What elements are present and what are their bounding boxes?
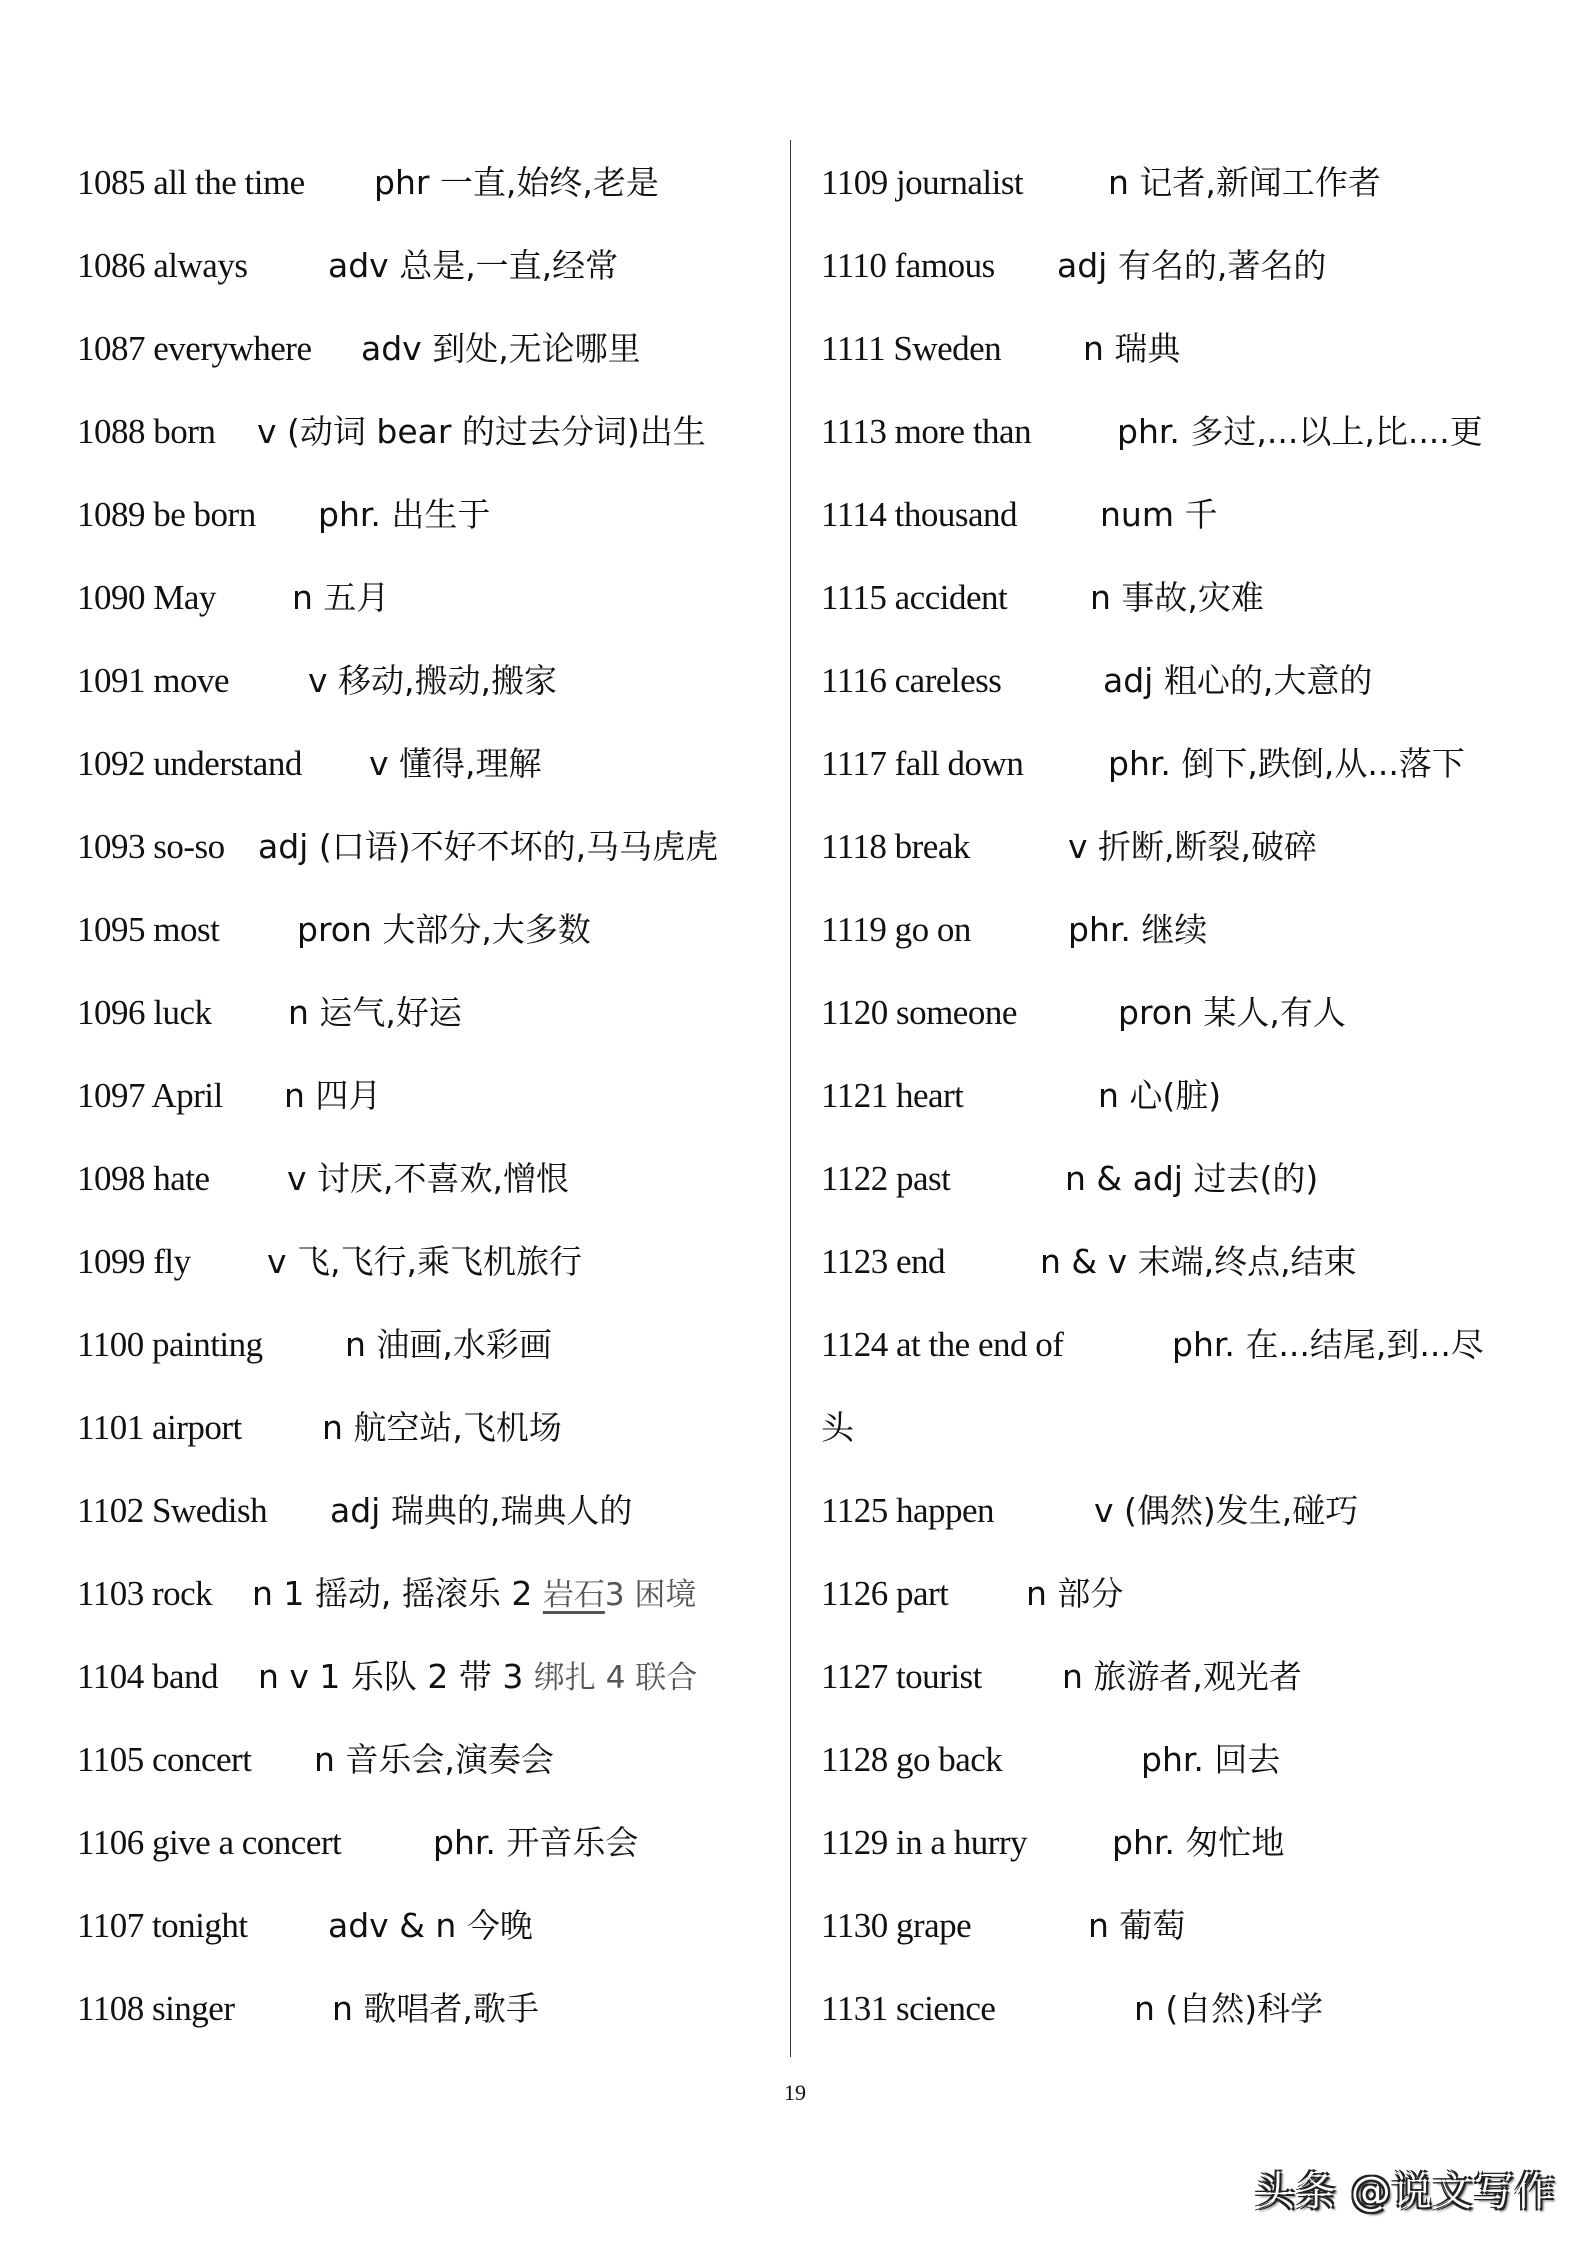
entry-word: 1108 singer <box>77 1985 235 2033</box>
entry-word: 1104 band <box>77 1653 218 1701</box>
entry-meaning: phr. 多过,...以上,比....更 <box>1117 408 1483 456</box>
entry-word: 1130 grape <box>821 1902 971 1950</box>
entry-meaning: phr. 在...结尾,到...尽 <box>1172 1321 1484 1369</box>
column-divider <box>790 140 791 2057</box>
entry-meaning: num 千 <box>1100 491 1217 539</box>
watermark: 头条 @说文写作 <box>1255 2160 1556 2217</box>
entry-word: 1099 fly <box>77 1238 191 1286</box>
entry-word: 1103 rock <box>77 1570 212 1618</box>
entry-meaning: n 心(脏) <box>1098 1072 1221 1120</box>
entry-meaning: v 折断,断裂,破碎 <box>1068 823 1317 871</box>
entry-word: 1098 hate <box>77 1155 210 1203</box>
entry-meaning: adv & n 今晚 <box>328 1902 533 1950</box>
entry-meaning: n 瑞典 <box>1083 325 1180 373</box>
entry-meaning: phr. 继续 <box>1068 906 1207 954</box>
entry-meaning: n 四月 <box>284 1072 381 1120</box>
meaning-main: n 1 摇动, 摇滚乐 2 <box>252 1574 532 1613</box>
vocabulary-page: 1085 all the time phr 一直,始终,老是 1086 alwa… <box>0 0 1587 2245</box>
entry-word: 1118 break <box>821 823 970 871</box>
entry-meaning: adj 瑞典的,瑞典人的 <box>330 1487 632 1535</box>
entry-word: 1106 give a concert <box>77 1819 341 1867</box>
entry-word: 1119 go on <box>821 906 971 954</box>
entry-word: 1100 painting <box>77 1321 263 1369</box>
entry-meaning: n v 1 乐队 2 带 3 绑扎 4 联合 <box>258 1653 697 1702</box>
meaning-main: n v 1 乐队 2 带 3 <box>258 1657 523 1696</box>
entry-word: 1115 accident <box>821 574 1007 622</box>
entry-meaning: pron 某人,有人 <box>1118 989 1346 1037</box>
entry-word: 1124 at the end of <box>821 1321 1063 1369</box>
entry-meaning: adj (口语)不好不坏的,马马虎虎 <box>258 823 718 871</box>
meaning-secondary: 3 困境 <box>605 1577 697 1613</box>
meaning-underlined: 岩石 <box>543 1577 605 1613</box>
entry-meaning: adj 有名的,著名的 <box>1057 242 1326 290</box>
entry-word: 1129 in a hurry <box>821 1819 1027 1867</box>
entry-word: 1122 past <box>821 1155 950 1203</box>
entry-word: 1110 famous <box>821 242 995 290</box>
entry-meaning: phr. 开音乐会 <box>433 1819 638 1867</box>
entry-word: 1102 Swedish <box>77 1487 267 1535</box>
entry-meaning: n & adj 过去(的) <box>1065 1155 1318 1203</box>
entry-meaning: n 航空站,飞机场 <box>322 1404 562 1452</box>
entry-meaning: v (偶然)发生,碰巧 <box>1094 1487 1358 1535</box>
entry-word: 1127 tourist <box>821 1653 982 1701</box>
entry-meaning: v 移动,搬动,搬家 <box>308 657 557 705</box>
entry-word: 1125 happen <box>821 1487 994 1535</box>
entry-word: 1123 end <box>821 1238 945 1286</box>
entry-meaning: 头 <box>821 1404 854 1452</box>
entry-word: 1116 careless <box>821 657 1001 705</box>
entry-meaning: n 五月 <box>292 574 389 622</box>
entry-word: 1128 go back <box>821 1736 1002 1784</box>
entry-word: 1120 someone <box>821 989 1017 1037</box>
entry-word: 1095 most <box>77 906 219 954</box>
entry-word: 1126 part <box>821 1570 948 1618</box>
entry-word: 1093 so-so <box>77 823 225 871</box>
page-number: 19 <box>780 2080 810 2106</box>
meaning-secondary: 绑扎 4 联合 <box>534 1660 697 1696</box>
entry-meaning: phr 一直,始终,老是 <box>374 159 659 207</box>
entry-meaning: phr. 匆忙地 <box>1112 1819 1284 1867</box>
entry-word: 1085 all the time <box>77 159 305 207</box>
entry-word: 1091 move <box>77 657 229 705</box>
entry-meaning: n 音乐会,演奏会 <box>314 1736 554 1784</box>
entry-meaning: n 部分 <box>1026 1570 1123 1618</box>
entry-meaning: v 懂得,理解 <box>369 740 542 788</box>
entry-word: 1121 heart <box>821 1072 963 1120</box>
entry-word: 1109 journalist <box>821 159 1023 207</box>
entry-meaning: n 事故,灾难 <box>1090 574 1264 622</box>
entry-meaning: v (动词 bear 的过去分词)出生 <box>257 408 706 456</box>
entry-word: 1088 born <box>77 408 215 456</box>
entry-word: 1111 Sweden <box>821 325 1001 373</box>
entry-word: 1086 always <box>77 242 247 290</box>
entry-word: 1097 April <box>77 1072 223 1120</box>
entry-word: 1087 everywhere <box>77 325 311 373</box>
entry-meaning: n 葡萄 <box>1088 1902 1185 1950</box>
entry-word: 1105 concert <box>77 1736 251 1784</box>
entry-word: 1090 May <box>77 574 216 622</box>
entry-meaning: n 旅游者,观光者 <box>1062 1653 1302 1701</box>
entry-meaning: adv 到处,无论哪里 <box>361 325 641 373</box>
entry-meaning: n (自然)科学 <box>1134 1985 1323 2033</box>
entry-meaning: v 讨厌,不喜欢,憎恨 <box>287 1155 569 1203</box>
entry-meaning: n 记者,新闻工作者 <box>1108 159 1381 207</box>
entry-meaning: n 歌唱者,歌手 <box>332 1985 539 2033</box>
entry-word: 1096 luck <box>77 989 212 1037</box>
entry-meaning: adj 粗心的,大意的 <box>1103 657 1372 705</box>
entry-word: 1092 understand <box>77 740 302 788</box>
entry-meaning: v 飞,飞行,乘飞机旅行 <box>267 1238 582 1286</box>
entry-word: 1117 fall down <box>821 740 1023 788</box>
entry-word: 1114 thousand <box>821 491 1017 539</box>
entry-word: 1113 more than <box>821 408 1031 456</box>
entry-meaning: phr. 倒下,跌倒,从...落下 <box>1108 740 1465 788</box>
entry-meaning: adv 总是,一直,经常 <box>328 242 618 290</box>
entry-meaning: n 1 摇动, 摇滚乐 2 岩石3 困境 <box>252 1570 696 1619</box>
entry-word: 1089 be born <box>77 491 256 539</box>
entry-meaning: n & v 末端,终点,结束 <box>1040 1238 1357 1286</box>
entry-meaning: phr. 回去 <box>1141 1736 1280 1784</box>
entry-word: 1107 tonight <box>77 1902 248 1950</box>
entry-meaning: n 油画,水彩画 <box>345 1321 552 1369</box>
entry-meaning: n 运气,好运 <box>288 989 462 1037</box>
entry-word: 1101 airport <box>77 1404 242 1452</box>
entry-meaning: pron 大部分,大多数 <box>297 906 591 954</box>
entry-meaning: phr. 出生于 <box>318 491 490 539</box>
entry-word: 1131 science <box>821 1985 995 2033</box>
